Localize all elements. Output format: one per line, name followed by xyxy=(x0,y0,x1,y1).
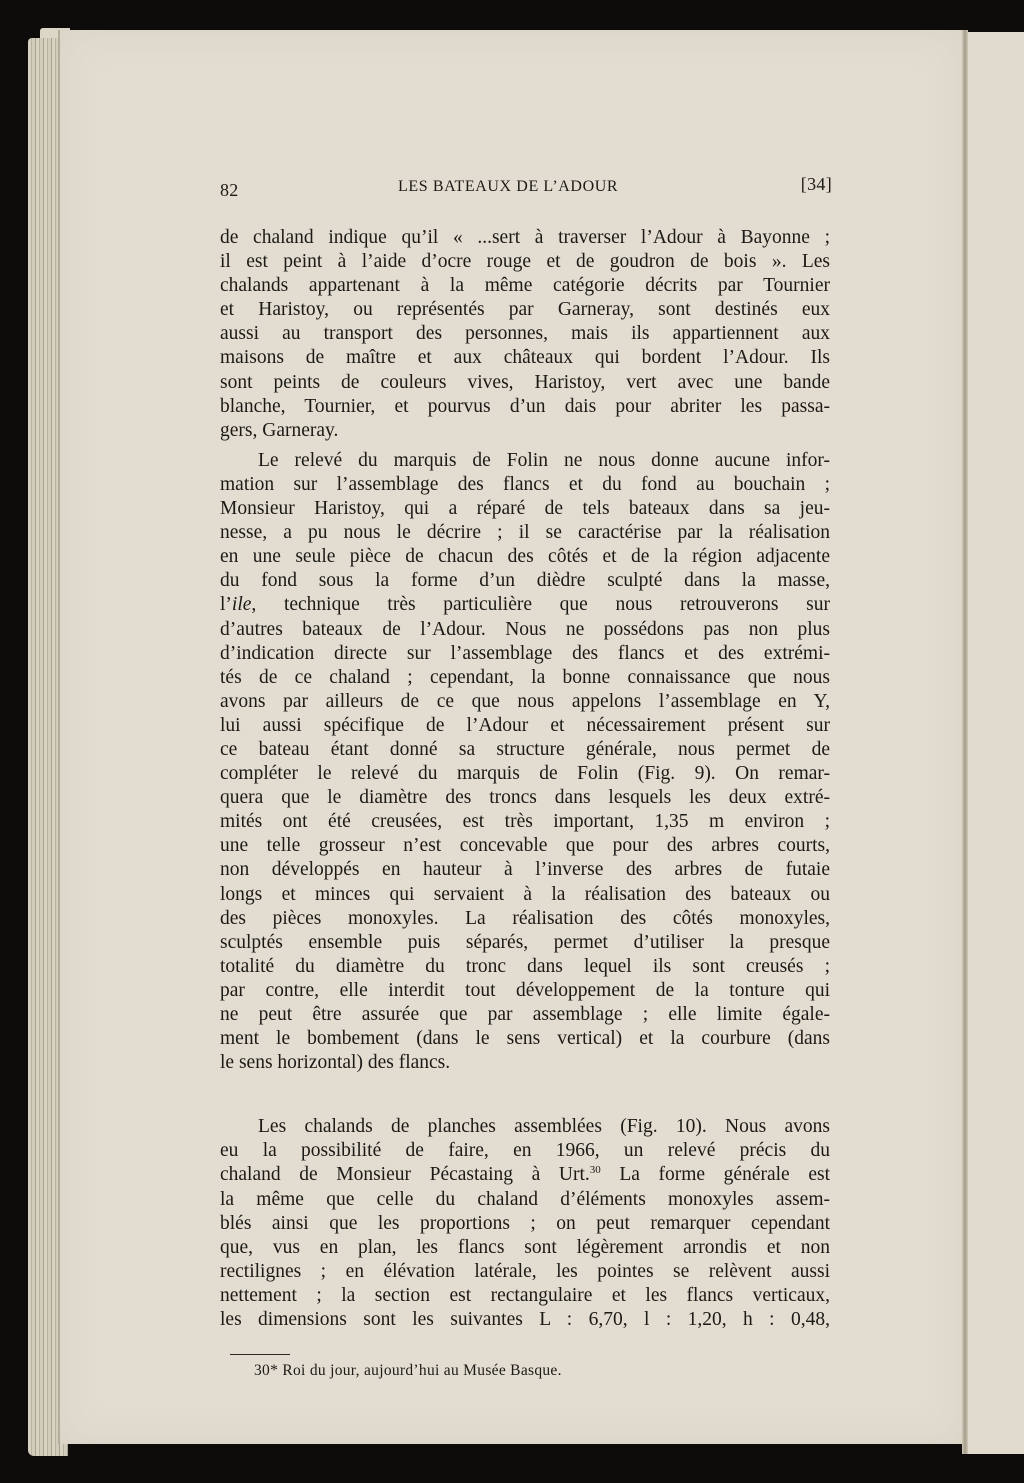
text-line: en une seule pièce de chacun des côtés e… xyxy=(220,545,830,569)
text-line: Les chalands de planches assemblées (Fig… xyxy=(220,1115,830,1139)
text-line: tés de ce chaland ; cependant, la bonne … xyxy=(220,666,830,690)
text-line: rectilignes ; en élévation latérale, les… xyxy=(220,1260,830,1284)
text-line: par contre, elle interdit tout développe… xyxy=(220,979,830,1003)
body-text: de chaland indique qu’il « ...sert à tra… xyxy=(220,226,830,1332)
text-line: gers, Garneray. xyxy=(220,419,830,443)
text-line: ce bateau étant donné sa structure génér… xyxy=(220,738,830,762)
text-line: des pièces monoxyles. La réalisation des… xyxy=(220,907,830,931)
facing-page-edge xyxy=(968,32,1024,1454)
text-line: le sens horizontal) des flancs. xyxy=(220,1051,830,1075)
text-line: Monsieur Haristoy, qui a réparé de tels … xyxy=(220,497,830,521)
footnote: 30* Roi du jour, aujourd’hui au Musée Ba… xyxy=(254,1361,830,1381)
page-number: 82 xyxy=(220,180,239,201)
text-line: il est peint à l’aide d’ocre rouge et de… xyxy=(220,250,830,274)
text-line: mités ont été creusées, est très importa… xyxy=(220,810,830,834)
footnote-marker: 30* xyxy=(254,1362,278,1379)
running-title: LES BATEAUX DE L’ADOUR xyxy=(398,178,618,196)
text-line: avons par ailleurs de ce que nous appelo… xyxy=(220,690,830,714)
footnote-text: Roi du jour, aujourd’hui au Musée Basque… xyxy=(282,1362,561,1379)
paragraph-3: Les chalands de planches assemblées (Fig… xyxy=(220,1115,830,1332)
footnote-reference[interactable]: 30 xyxy=(590,1164,601,1176)
text-line: du fond sous la forme d’un dièdre sculpt… xyxy=(220,569,830,593)
text-line: les dimensions sont les suivantes L : 6,… xyxy=(220,1308,830,1332)
text-fragment: chaland de Monsieur Pécastaing à Urt. xyxy=(220,1164,590,1185)
text-line: d’autres bateaux de l’Adour. Nous ne pos… xyxy=(220,618,830,642)
text-line: d’indication directe sur l’assemblage de… xyxy=(220,642,830,666)
footnote-rule xyxy=(230,1354,290,1355)
text-line: sculptés ensemble puis séparés, permet d… xyxy=(220,931,830,955)
text-line: nesse, a pu nous le décrire ; il se cara… xyxy=(220,521,830,545)
text-line: quera que le diamètre des troncs dans le… xyxy=(220,786,830,810)
running-head: 82 LES BATEAUX DE L’ADOUR [34] xyxy=(220,172,830,208)
text-fragment: , technique très particulière que nous r… xyxy=(251,594,830,615)
text-line: Le relevé du marquis de Folin ne nous do… xyxy=(220,449,830,473)
text-line-with-footnote-ref: chaland de Monsieur Pécastaing à Urt.30 … xyxy=(220,1163,830,1187)
paragraph-2: Le relevé du marquis de Folin ne nous do… xyxy=(220,449,830,1075)
text-line: aussi au transport des personnes, mais i… xyxy=(220,322,830,346)
text-line: lui aussi spécifique de l’Adour et néces… xyxy=(220,714,830,738)
page-content: 82 LES BATEAUX DE L’ADOUR [34] de chalan… xyxy=(220,172,830,1381)
text-line-with-italic: l’ile, technique très particulière que n… xyxy=(220,593,830,617)
text-line: et Haristoy, ou représentés par Garneray… xyxy=(220,298,830,322)
text-line: ne peut être assurée que par assemblage … xyxy=(220,1003,830,1027)
text-line: de chaland indique qu’il « ...sert à tra… xyxy=(220,226,830,250)
text-line: longs et minces qui servaient à la réali… xyxy=(220,883,830,907)
text-line: une telle grosseur n’est concevable que … xyxy=(220,834,830,858)
paragraph-1: de chaland indique qu’il « ...sert à tra… xyxy=(220,226,830,443)
text-line: mation sur l’assemblage des flancs et du… xyxy=(220,473,830,497)
text-line: eu la possibilité de faire, en 1966, un … xyxy=(220,1139,830,1163)
text-line: blanche, Tournier, et pourvus d’un dais … xyxy=(220,395,830,419)
text-line: blés ainsi que les proportions ; on peut… xyxy=(220,1212,830,1236)
text-line: que, vus en plan, les flancs sont légère… xyxy=(220,1236,830,1260)
text-line: maisons de maître et aux châteaux qui bo… xyxy=(220,346,830,370)
text-line: compléter le relevé du marquis de Folin … xyxy=(220,762,830,786)
text-fragment: La forme générale est xyxy=(619,1164,830,1185)
italic-term: ile xyxy=(232,594,252,615)
text-line: nettement ; la section est rectangulaire… xyxy=(220,1284,830,1308)
text-line: totalité du diamètre du tronc dans leque… xyxy=(220,955,830,979)
text-line: ment le bombement (dans le sens vertical… xyxy=(220,1027,830,1051)
text-line: chalands appartenant à la même catégorie… xyxy=(220,274,830,298)
text-line: la même que celle du chaland d’éléments … xyxy=(220,1188,830,1212)
section-number: [34] xyxy=(801,174,832,195)
text-line: sont peints de couleurs vives, Haristoy,… xyxy=(220,371,830,395)
text-line: non développés en hauteur à l’inverse de… xyxy=(220,858,830,882)
